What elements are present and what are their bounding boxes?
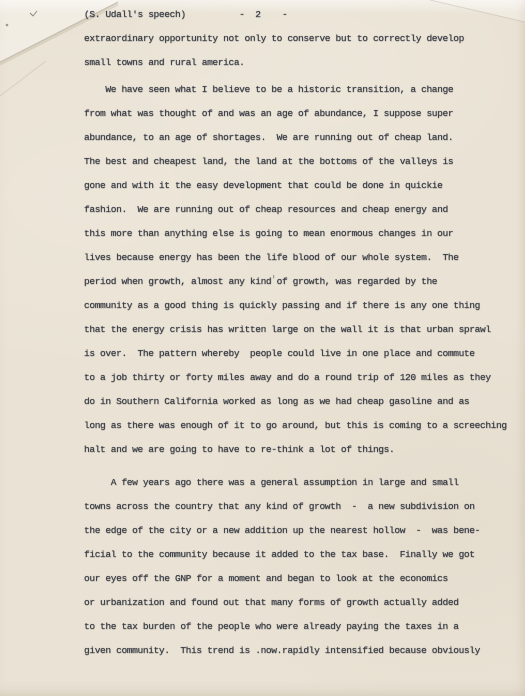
typed-line: A few years ago there was a general assu… <box>84 471 521 495</box>
typed-line: long as there was enough of it to go aro… <box>84 414 521 438</box>
typed-line: We have seen what I believe to be a hist… <box>84 78 521 102</box>
typed-line: gone and with it the easy development th… <box>84 174 521 198</box>
typed-line: period when growth, almost any kind of g… <box>84 270 521 294</box>
typed-line: the edge of the city or a new addition u… <box>84 519 521 543</box>
typed-line: from what was thought of and was an age … <box>84 102 521 126</box>
typed-line: do in Southern California worked as long… <box>84 390 521 414</box>
typed-line: fashion. We are running out of cheap res… <box>84 198 521 222</box>
paragraph: extraordinary opportunity not only to co… <box>0 27 525 75</box>
typed-line: ficial to the community because it added… <box>84 543 521 567</box>
typed-line: is over. The pattern whereby people coul… <box>84 342 521 366</box>
typed-line: this more than anything else is going to… <box>84 222 521 246</box>
paragraph: We have seen what I believe to be a hist… <box>0 78 525 462</box>
scanned-document-page: (S. Udall's speech) - 2 - extraordinary … <box>0 0 525 696</box>
typed-line: lives because energy has been the life b… <box>84 246 521 270</box>
page-header: (S. Udall's speech) - 2 - <box>84 3 521 27</box>
typed-line: our eyes off the GNP for a moment and be… <box>84 567 521 591</box>
typed-line: to a job thirty or forty miles away and … <box>84 366 521 390</box>
typed-line: given community. This trend is .now.rapi… <box>84 639 521 663</box>
typed-line: The best and cheapest land, the land at … <box>84 150 521 174</box>
typed-line: or urbanization and found out that many … <box>84 591 521 615</box>
typed-line: small towns and rural america. <box>84 51 521 75</box>
paragraph: A few years ago there was a general assu… <box>0 471 525 663</box>
typed-line: towns across the country that any kind o… <box>84 495 521 519</box>
typed-line: community as a good thing is quickly pas… <box>84 294 521 318</box>
typed-line: to the tax burden of the people who were… <box>84 615 521 639</box>
typed-line: that the energy crisis has written large… <box>84 318 521 342</box>
typed-line: extraordinary opportunity not only to co… <box>84 27 521 51</box>
typed-line: abundance, to an age of shortages. We ar… <box>84 126 521 150</box>
typed-line: halt and we are going to have to re-thin… <box>84 438 521 462</box>
typed-content: (S. Udall's speech) - 2 - extraordinary … <box>0 3 525 663</box>
